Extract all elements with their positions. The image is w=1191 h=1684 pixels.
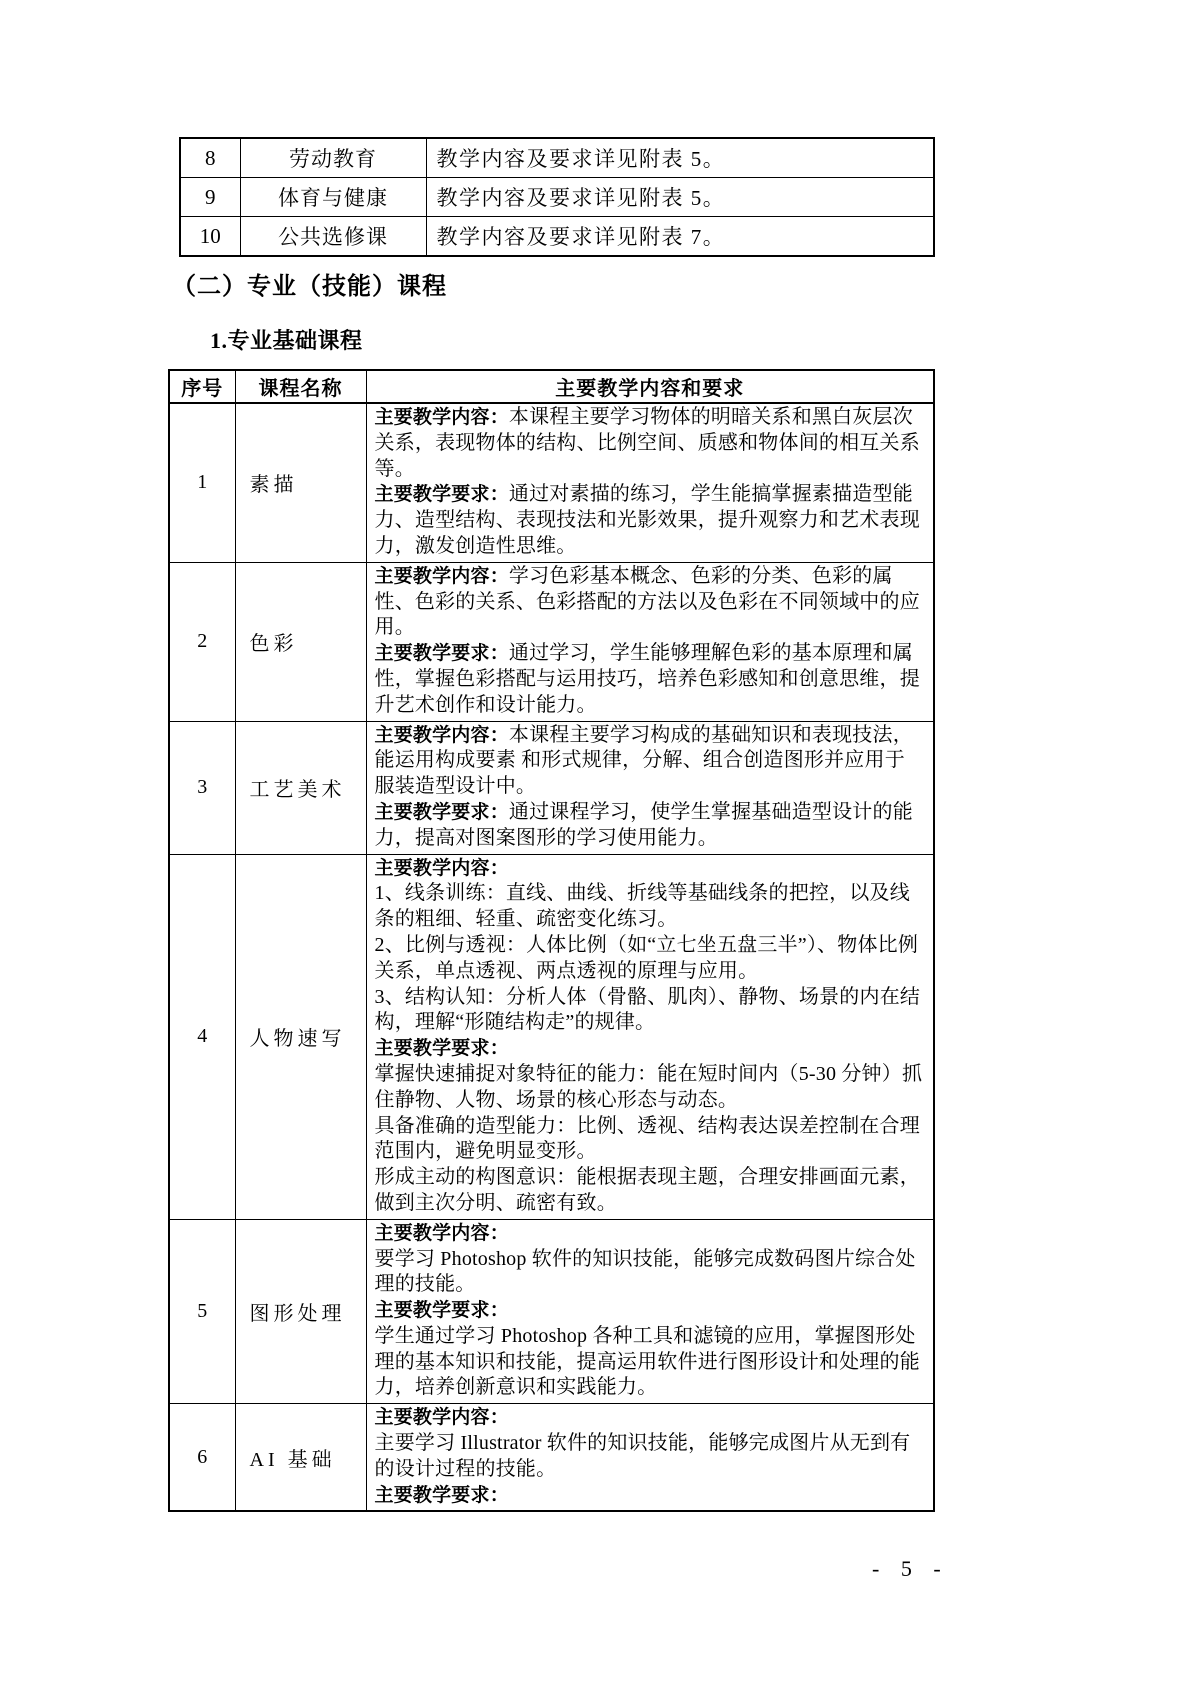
course-content-cell: 主要教学内容：学习色彩基本概念、色彩的分类、色彩的属性、色彩的关系、色彩搭配的方… [366, 562, 934, 721]
header-course-name: 课程名称 [235, 370, 366, 403]
content-paragraph: 掌握快速捕捉对象特征的能力：能在短时间内（5-30 分钟）抓住静物、人物、场景的… [375, 1062, 926, 1114]
course-content-cell: 主要教学内容：本课程主要学习构成的基础知识和表现技法，能运用构成要素 和形式规律… [366, 721, 934, 854]
table-row: 5图形处理主要教学内容：要学习 Photoshop 软件的知识技能，能够完成数码… [169, 1219, 934, 1404]
sub-heading: 1.专业基础课程 [210, 324, 363, 355]
content-paragraph: 要学习 Photoshop 软件的知识技能，能够完成数码图片综合处理的技能。 [375, 1247, 926, 1299]
course-name-cell: 素描 [235, 403, 366, 562]
header-content-requirements: 主要教学内容和要求 [366, 370, 934, 403]
paragraph-label: 主要教学内容： [375, 566, 509, 587]
serial-number-cell: 3 [169, 721, 235, 854]
course-name-cell: 图形处理 [235, 1219, 366, 1404]
serial-number-cell: 10 [180, 217, 240, 257]
serial-number-cell: 6 [169, 1404, 235, 1512]
content-paragraph: 形成主动的构图意识：能根据表现主题，合理安排画面元素，做到主次分明、疏密有致。 [375, 1165, 926, 1217]
course-name-cell: 体育与健康 [240, 178, 426, 217]
paragraph-label: 主要教学内容： [375, 1407, 509, 1428]
table-row: 8劳动教育教学内容及要求详见附表 5。 [180, 138, 934, 178]
content-paragraph: 主要教学要求： [375, 1036, 926, 1062]
course-name-cell: 公共选修课 [240, 217, 426, 257]
content-paragraph: 主要教学内容：本课程主要学习构成的基础知识和表现技法，能运用构成要素 和形式规律… [375, 723, 926, 800]
paragraph-label: 主要教学要求： [375, 802, 509, 823]
paragraph-label: 主要教学内容： [375, 1223, 509, 1244]
content-paragraph: 主要教学要求：通过课程学习，使学生掌握基础造型设计的能力，提高对图案图形的学习使… [375, 800, 926, 852]
content-paragraph: 主要教学要求： [375, 1483, 926, 1509]
content-paragraph: 主要教学内容： [375, 1405, 926, 1431]
table-row: 1素描主要教学内容：本课程主要学习物体的明暗关系和黑白灰层次关系，表现物体的结构… [169, 403, 934, 562]
serial-number-cell: 1 [169, 403, 235, 562]
table-row: 3工艺美术主要教学内容：本课程主要学习构成的基础知识和表现技法，能运用构成要素 … [169, 721, 934, 854]
content-paragraph: 主要学习 Illustrator 软件的知识技能，能够完成图片从无到有的设计过程… [375, 1431, 926, 1483]
serial-number-cell: 5 [169, 1219, 235, 1404]
paragraph-label: 主要教学要求： [375, 1485, 509, 1506]
serial-number-cell: 4 [169, 854, 235, 1219]
content-paragraph: 学生通过学习 Photoshop 各种工具和滤镜的应用，掌握图形处理的基本知识和… [375, 1324, 926, 1401]
course-name-cell: 色彩 [235, 562, 366, 721]
course-content-cell: 主要教学内容：主要学习 Illustrator 软件的知识技能，能够完成图片从无… [366, 1404, 934, 1512]
course-table-header-row: 序号 课程名称 主要教学内容和要求 [169, 370, 934, 403]
content-paragraph: 主要教学要求： [375, 1298, 926, 1324]
content-paragraph: 2、比例与透视：人体比例（如“立七坐五盘三半”）、物体比例关系，单点透视、两点透… [375, 933, 926, 985]
table-row: 10公共选修课教学内容及要求详见附表 7。 [180, 217, 934, 257]
serial-number-cell: 9 [180, 178, 240, 217]
paragraph-label: 主要教学要求： [375, 484, 509, 505]
course-name-cell: 工艺美术 [235, 721, 366, 854]
course-content-cell: 主要教学内容：要学习 Photoshop 软件的知识技能，能够完成数码图片综合处… [366, 1219, 934, 1404]
content-paragraph: 主要教学内容： [375, 856, 926, 882]
course-desc-cell: 教学内容及要求详见附表 5。 [426, 138, 934, 178]
general-course-table-continued: 8劳动教育教学内容及要求详见附表 5。9体育与健康教学内容及要求详见附表 5。1… [179, 137, 935, 257]
content-paragraph: 具备准确的造型能力：比例、透视、结构表达误差控制在合理范围内，避免明显变形。 [375, 1114, 926, 1166]
paragraph-label: 主要教学内容： [375, 725, 509, 746]
course-name-cell: 劳动教育 [240, 138, 426, 178]
course-name-cell: AI 基础 [235, 1404, 366, 1512]
content-paragraph: 3、结构认知：分析人体（骨骼、肌肉）、静物、场景的内在结构，理解“形随结构走”的… [375, 985, 926, 1037]
course-content-cell: 主要教学内容：本课程主要学习物体的明暗关系和黑白灰层次关系，表现物体的结构、比例… [366, 403, 934, 562]
content-paragraph: 1、线条训练：直线、曲线、折线等基础线条的把控，以及线条的粗细、轻重、疏密变化练… [375, 881, 926, 933]
content-paragraph: 主要教学内容：本课程主要学习物体的明暗关系和黑白灰层次关系，表现物体的结构、比例… [375, 405, 926, 482]
document-page: 8劳动教育教学内容及要求详见附表 5。9体育与健康教学内容及要求详见附表 5。1… [0, 0, 1191, 1684]
course-content-cell: 主要教学内容：1、线条训练：直线、曲线、折线等基础线条的把控，以及线条的粗细、轻… [366, 854, 934, 1219]
header-serial: 序号 [169, 370, 235, 403]
content-paragraph: 主要教学内容： [375, 1221, 926, 1247]
professional-basic-course-table: 序号 课程名称 主要教学内容和要求 1素描主要教学内容：本课程主要学习物体的明暗… [168, 369, 935, 1512]
serial-number-cell: 2 [169, 562, 235, 721]
content-paragraph: 主要教学内容：学习色彩基本概念、色彩的分类、色彩的属性、色彩的关系、色彩搭配的方… [375, 564, 926, 641]
course-desc-cell: 教学内容及要求详见附表 7。 [426, 217, 934, 257]
course-name-cell: 人物速写 [235, 854, 366, 1219]
table-row: 6AI 基础主要教学内容：主要学习 Illustrator 软件的知识技能，能够… [169, 1404, 934, 1512]
paragraph-label: 主要教学内容： [375, 858, 509, 879]
section-heading: （二）专业（技能）课程 [172, 266, 447, 301]
paragraph-label: 主要教学内容： [375, 407, 509, 428]
table-row: 4人物速写主要教学内容：1、线条训练：直线、曲线、折线等基础线条的把控，以及线条… [169, 854, 934, 1219]
page-number: - 5 - [872, 1556, 949, 1582]
content-paragraph: 主要教学要求：通过对素描的练习，学生能搞掌握素描造型能力、造型结构、表现技法和光… [375, 482, 926, 559]
serial-number-cell: 8 [180, 138, 240, 178]
content-paragraph: 主要教学要求：通过学习，学生能够理解色彩的基本原理和属性，掌握色彩搭配与运用技巧… [375, 641, 926, 718]
paragraph-label: 主要教学要求： [375, 1300, 509, 1321]
table-row: 2色彩主要教学内容：学习色彩基本概念、色彩的分类、色彩的属性、色彩的关系、色彩搭… [169, 562, 934, 721]
table-row: 9体育与健康教学内容及要求详见附表 5。 [180, 178, 934, 217]
course-desc-cell: 教学内容及要求详见附表 5。 [426, 178, 934, 217]
paragraph-label: 主要教学要求： [375, 643, 509, 664]
paragraph-label: 主要教学要求： [375, 1038, 509, 1059]
